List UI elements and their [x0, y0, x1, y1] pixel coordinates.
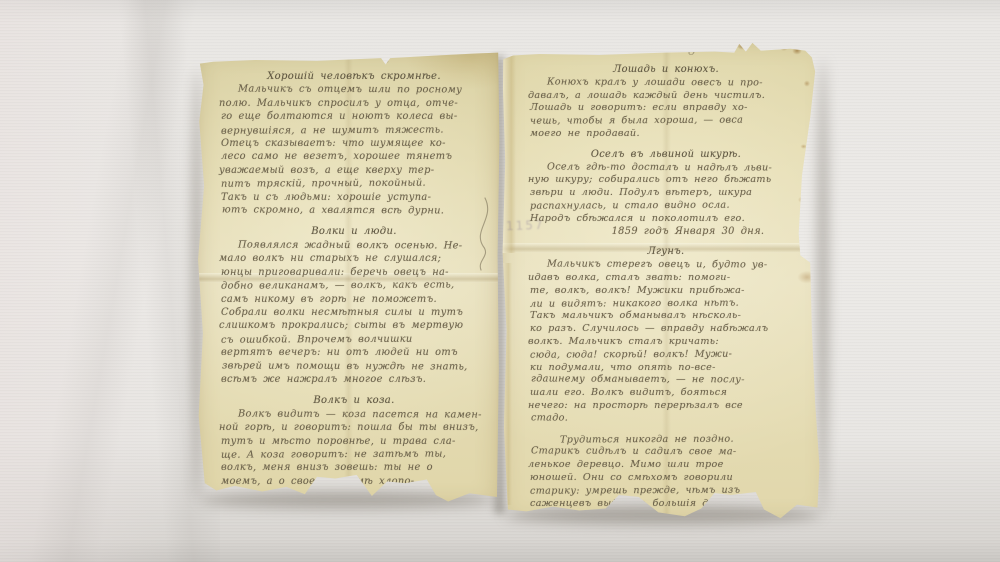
handwriting-line: тутъ и мѣсто поровнѣе, и трава сла-: [221, 435, 487, 448]
handwriting-line: Старикъ сидѣлъ и садилъ свое ма-: [531, 446, 803, 460]
handwriting-line: добно великанамъ, — волкъ, какъ есть,: [221, 278, 487, 293]
handwriting-line: ютъ скромно, а хвалятся всѣ дурни.: [222, 203, 488, 218]
handwriting-line: самъ никому въ горѣ не поможетъ.: [221, 293, 487, 306]
fabric-fold: [0, 0, 220, 562]
fable-title: Хорошій человѣкъ скромнѣе.: [221, 70, 487, 83]
handwriting-line: съ ошибкой. Впрочемъ волчишки: [221, 332, 487, 347]
handwriting-line: Собрали волки несмѣтныя силы и тутъ: [221, 306, 487, 319]
handwriting-line: ли и видятъ: никакого волка нѣтъ.: [530, 297, 802, 311]
handwriting-line: ленькое деревцо. Мимо шли трое: [528, 459, 800, 472]
handwriting-line: те, волкъ, волкъ! Мужики прибѣжа-: [530, 285, 802, 298]
handwriting-line: Лошадь и говоритъ: если вправду хо-: [530, 102, 802, 115]
fable-section: Волкъ и коза.Волкъ видитъ — коза пасется…: [221, 394, 487, 508]
handwriting-line: ко разъ. Случилось — вправду набѣжалъ: [530, 323, 802, 336]
fable-section: Лошадь и конюхъ.Конюхъ кралъ у лошади ов…: [530, 64, 802, 141]
fable-section: Оселъ въ львиной шкурѣ.Оселъ гдѣ-то дост…: [530, 149, 802, 239]
handwriting-line: давалъ, а лошадь каждый день чистилъ.: [528, 90, 800, 103]
handwriting-line: ной горѣ, и говоритъ: пошла бы ты внизъ,: [219, 421, 485, 434]
handwriting-line: сюда, сюда! скорѣй! волкъ! Мужи-: [530, 348, 802, 362]
page-number-mark: 6: [687, 44, 697, 59]
handwriting-line: вернувшіяся, а не шумитъ тяжесть.: [221, 123, 487, 138]
handwriting-line: слишкомъ прокрались; сыты въ мертвую: [219, 319, 485, 332]
left-page-text: Хорошій человѣкъ скромнѣе.Мальчикъ съ от…: [221, 70, 487, 508]
handwriting-line: моего не продавай.: [530, 128, 802, 141]
handwriting-line: лесо само не везетъ, хорошее тянетъ: [221, 150, 487, 163]
handwriting-line: Оселъ гдѣ-то досталъ и надѣлъ льви-: [531, 161, 803, 175]
fable-section: Лгунъ.Мальчикъ стерегъ овецъ и, будто ув…: [530, 246, 802, 425]
handwriting-line: звѣрей имъ помощи въ нуждѣ не знать,: [222, 359, 488, 374]
handwriting-line: моемъ, а о своемъ кормѣ хлопо-: [221, 475, 487, 488]
manuscript-photo: Хорошій человѣкъ скромнѣе.Мальчикъ съ от…: [0, 0, 1000, 562]
right-page: 6 1157 Лошадь и конюхъ.Конюхъ кралъ у ло…: [500, 40, 830, 524]
fable-title: Лгунъ.: [530, 246, 802, 259]
handwriting-line: Отецъ сказываетъ: что шумящее ко-: [221, 137, 487, 150]
handwriting-line: вертятъ вечеръ: ни отъ людей ни отъ: [221, 346, 487, 359]
handwriting-line: го еще болтаются и ноютъ колеса вы-: [221, 110, 487, 123]
handwriting-line: полю. Мальчикъ спросилъ у отца, отче-: [219, 97, 485, 110]
handwriting-line: Волкъ видитъ — коза пасется на камен-: [222, 407, 488, 422]
handwriting-line: Конюхъ кралъ у лошади овесъ и про-: [531, 76, 803, 90]
fable-section: Хорошій человѣкъ скромнѣе.Мальчикъ съ от…: [221, 70, 487, 217]
left-page: Хорошій человѣкъ скромнѣе.Мальчикъ съ от…: [195, 48, 500, 508]
handwriting-line: ки подумали, что опять по-все-: [530, 362, 802, 375]
fable-title: Волкъ и коза.: [221, 394, 487, 407]
handwriting-line: звѣри и люди. Подулъ вѣтеръ, шкура: [530, 187, 802, 200]
handwriting-line: старику: умрешь прежде, чѣмъ изъ: [530, 484, 802, 498]
handwriting-line: волкъ. Мальчикъ сталъ кричать:: [528, 336, 800, 349]
date-line: 1859 годъ Января 30 дня.: [612, 226, 802, 239]
fable-section: Трудиться никогда не поздно.Старикъ сидѣ…: [530, 434, 802, 511]
handwriting-line: ную шкуру; собирались отъ него бѣжать: [528, 174, 800, 187]
handwriting-line: юнцы приговаривали: беречь овецъ на-: [221, 266, 487, 279]
handwriting-line: волкъ, меня внизъ зовешь: ты не о: [221, 461, 487, 474]
handwriting-line: юношей. Они со смѣхомъ говорили: [530, 472, 802, 485]
fable-title: Оселъ въ львиной шкурѣ.: [530, 149, 802, 162]
handwriting-line: мало волкъ ни старыхъ не слушался;: [219, 252, 485, 265]
handwriting-line: Мальчикъ съ отцемъ шли по росному: [222, 83, 488, 98]
handwriting-line: идавъ волка, сталъ звать: помоги-: [528, 272, 800, 285]
handwriting-line: Такъ и съ людьми: хорошіе уступа-: [221, 191, 487, 204]
handwriting-line: чешь, чтобы я была хороша, — овса: [530, 114, 802, 128]
handwriting-line: уважаемый возъ, а еще кверху тер-: [219, 164, 485, 177]
handwriting-line: Народъ сбѣжался и поколотилъ его.: [530, 213, 802, 226]
page-shadow: [818, 60, 828, 515]
handwriting-line: стадо.: [531, 412, 803, 426]
handwriting-line: гдашнему обманываетъ, — не послу-: [531, 374, 803, 388]
right-page-text: Лошадь и конюхъ.Конюхъ кралъ у лошади ов…: [530, 64, 802, 510]
handwriting-line: питъ тряскій, прочный, покойный.: [221, 177, 487, 192]
handwriting-line: шали его. Волкъ видитъ, бояться: [530, 387, 802, 400]
handwriting-line: Такъ мальчикъ обманывалъ нѣсколь-: [530, 310, 802, 323]
fable-section: Волки и люди.Появлялся жадный волкъ осен…: [221, 225, 487, 386]
handwriting-line: распахнулась, и стало видно осла.: [530, 199, 802, 213]
handwriting-line: Появлялся жадный волкъ осенью. Не-: [222, 238, 488, 253]
fable-title: Лошадь и конюхъ.: [530, 64, 802, 77]
handwriting-line: ще. А коза говоритъ: не затѣмъ ты,: [221, 447, 487, 462]
handwriting-line: всѣмъ же нажралъ многое слѣзъ.: [221, 373, 487, 386]
fable-title: Волки и люди.: [221, 225, 487, 238]
handwriting-line: Мальчикъ стерегъ овецъ и, будто ув-: [531, 259, 803, 273]
handwriting-line: нечего: на просторѣ перерѣзалъ все: [528, 400, 800, 413]
